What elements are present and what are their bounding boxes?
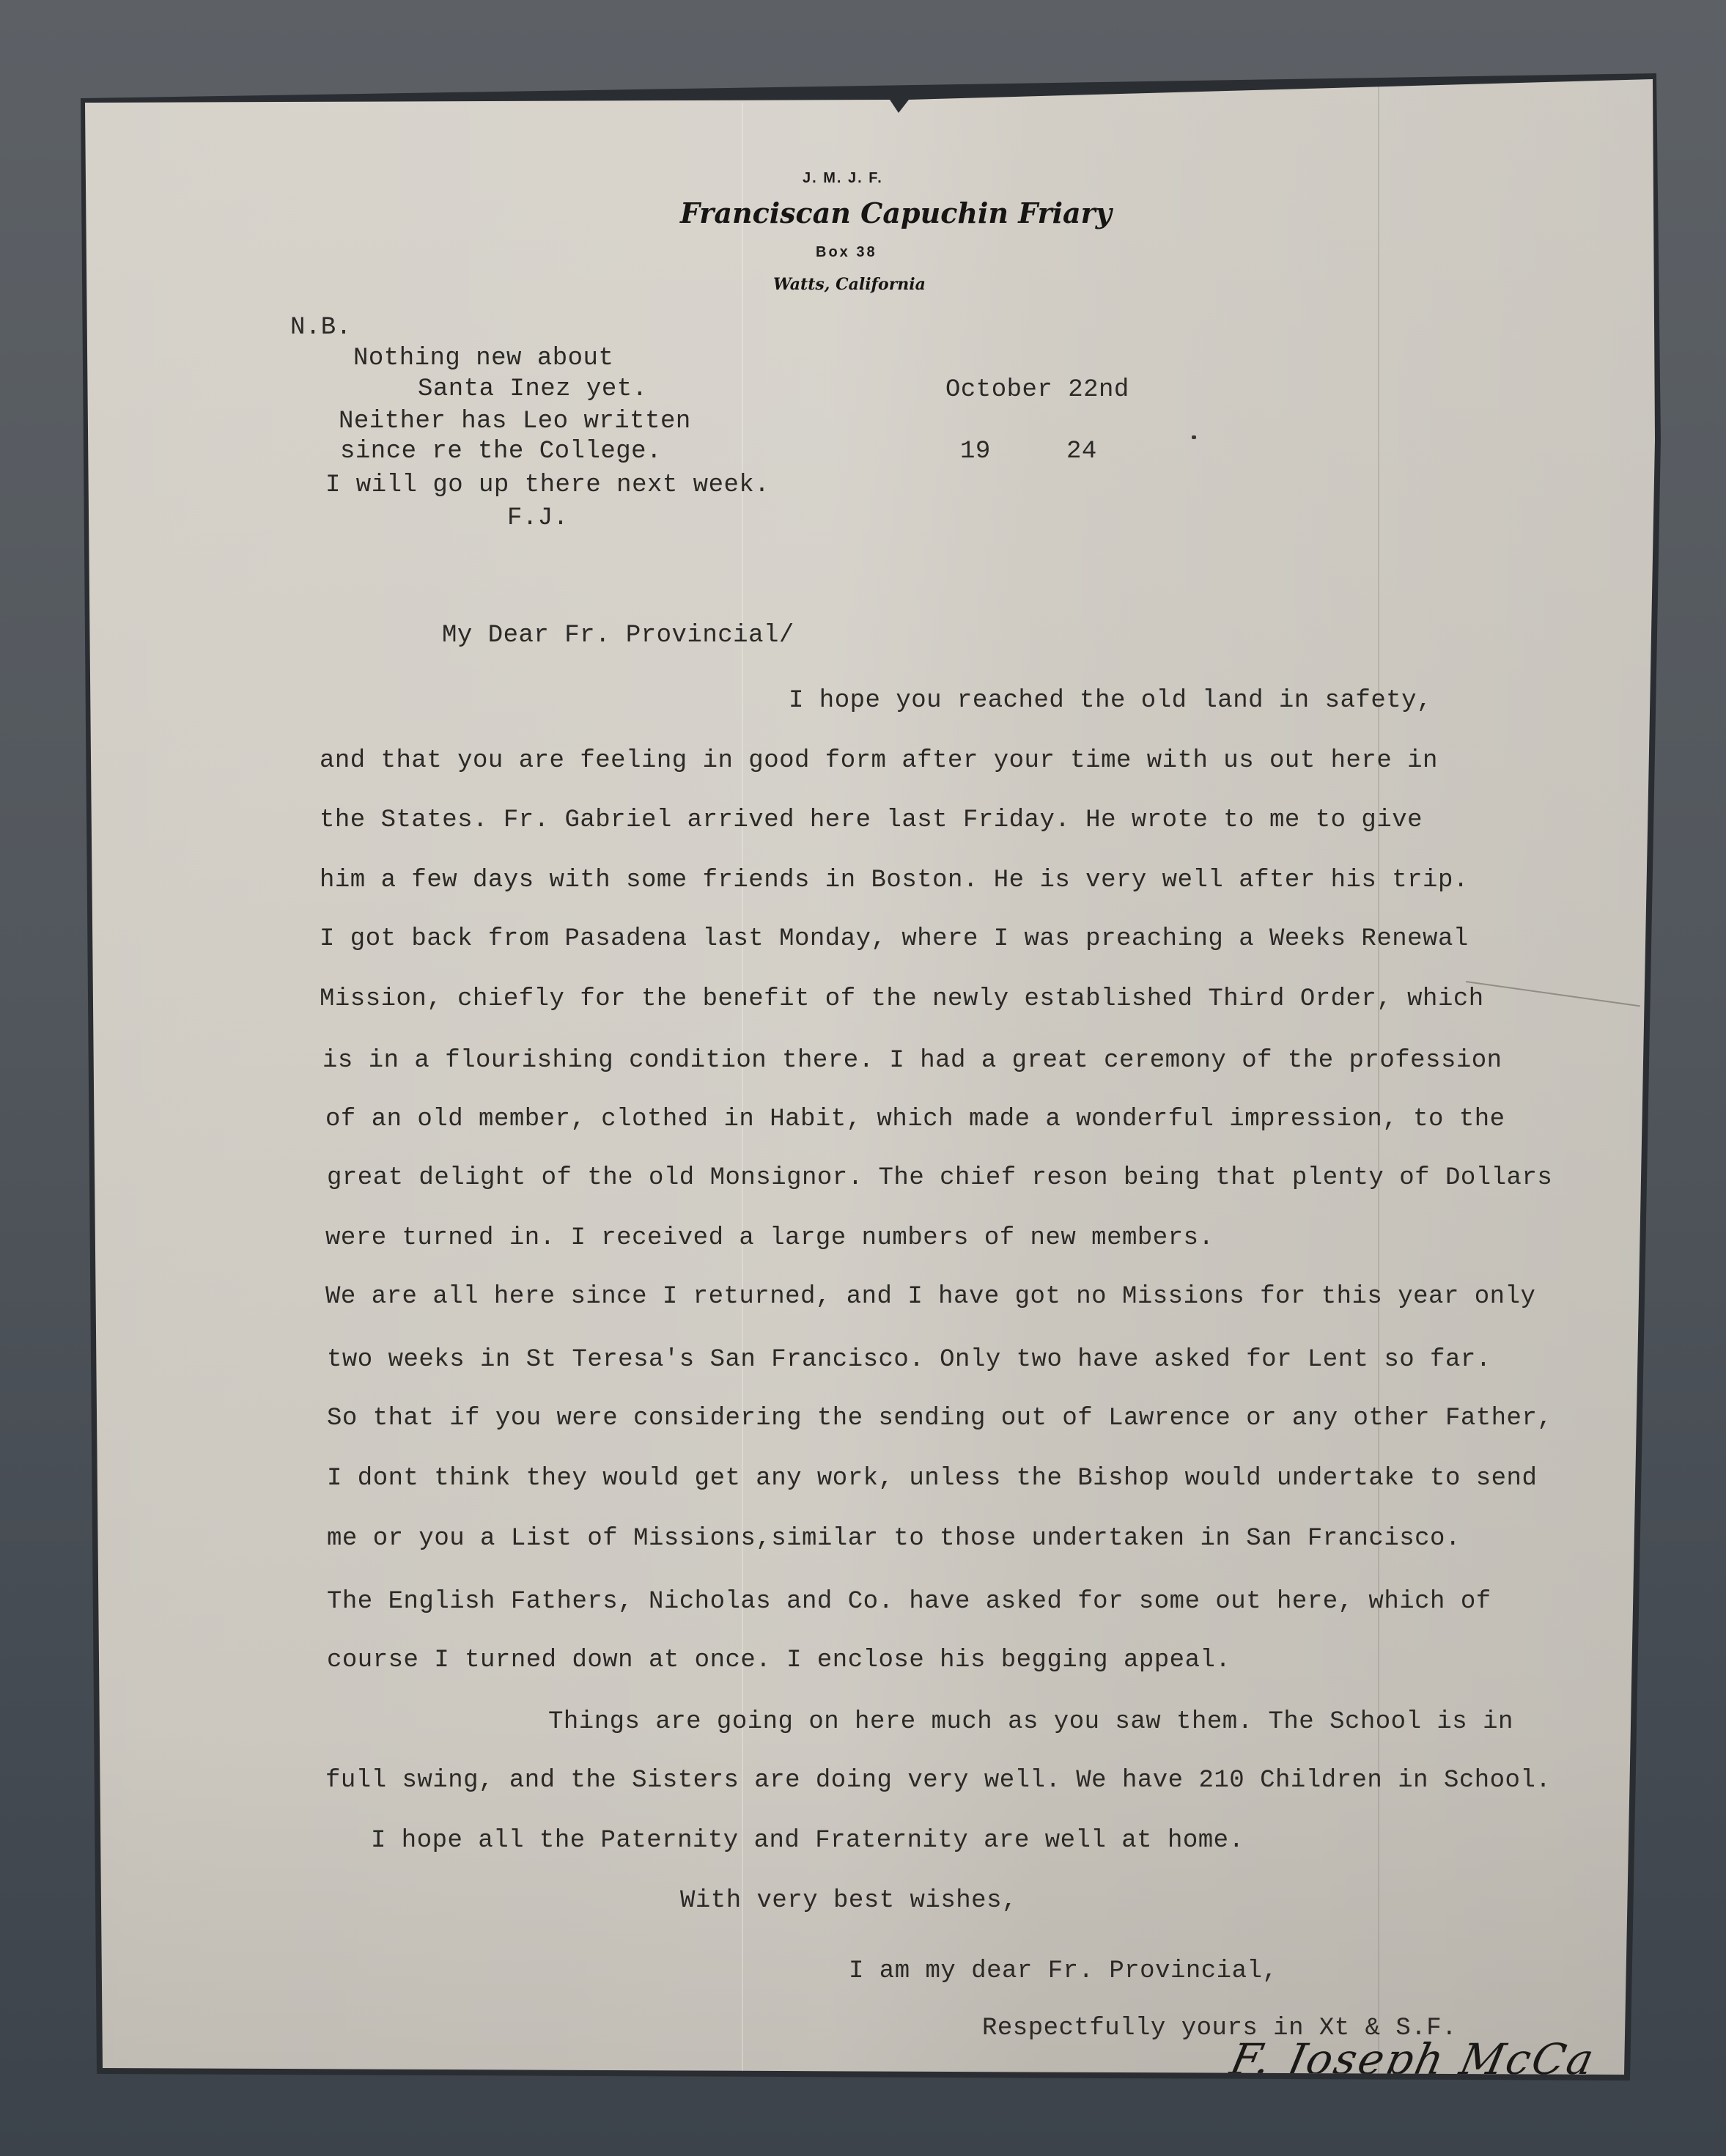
letterhead-location: Watts, California [773,275,926,294]
note-line: Nothing new about [353,346,613,371]
note-line: since re the College. [340,439,662,464]
paper-crease [1466,981,1640,1007]
body-line: me or you a List of Missions,similar to … [327,1526,1461,1551]
letterhead-box: Box 38 [816,244,877,261]
date-year: 24 [1066,439,1097,464]
body-line: We are all here since I returned, and I … [325,1284,1535,1309]
body-line: I dont think they would get any work, un… [327,1466,1537,1491]
letterhead-name: Franciscan Capuchin Friary [680,196,1112,229]
note-line: Santa Inez yet. [418,377,648,402]
closing-wishes: With very best wishes, [680,1888,1017,1913]
note-line: I will go up there next week. [325,473,770,498]
note-label: N.B. [290,315,352,340]
body-line: I hope you reached the old land in safet… [789,688,1432,713]
note-initials: F.J. [507,506,569,531]
body-line: course I turned down at once. I enclose … [327,1648,1231,1673]
salutation: My Dear Fr. Provincial/ [442,623,794,648]
body-line: great delight of the old Monsignor. The … [327,1166,1552,1191]
body-line: and that you are feeling in good form af… [320,748,1438,773]
body-line: I got back from Pasadena last Monday, wh… [320,927,1469,952]
body-line: I hope all the Paternity and Fraternity … [371,1828,1244,1853]
body-line: two weeks in St Teresa's San Francisco. … [327,1347,1491,1372]
letterhead-initials: J. M. J. F. [803,170,883,187]
stray-mark [1192,435,1196,439]
body-line: Mission, chiefly for the benefit of the … [320,987,1484,1012]
date-month-day: October 22nd [945,378,1129,402]
letter-paper: J. M. J. F. Franciscan Capuchin Friary B… [0,0,1726,2156]
body-line: him a few days with some friends in Bost… [320,868,1469,893]
body-line: were turned in. I received a large numbe… [325,1226,1214,1251]
body-line: Things are going on here much as you saw… [548,1710,1513,1734]
body-line: The English Fathers, Nicholas and Co. ha… [327,1589,1491,1614]
note-line: Neither has Leo written [339,409,691,434]
body-line: the States. Fr. Gabriel arrived here las… [320,808,1423,833]
body-line: full swing, and the Sisters are doing ve… [325,1768,1551,1793]
date-century: 19 [960,439,991,464]
closing-line: I am my dear Fr. Provincial, [849,1959,1277,1984]
body-line: of an old member, clothed in Habit, whic… [325,1107,1505,1132]
body-line: So that if you were considering the send… [327,1406,1552,1431]
body-line: is in a flourishing condition there. I h… [322,1048,1502,1073]
